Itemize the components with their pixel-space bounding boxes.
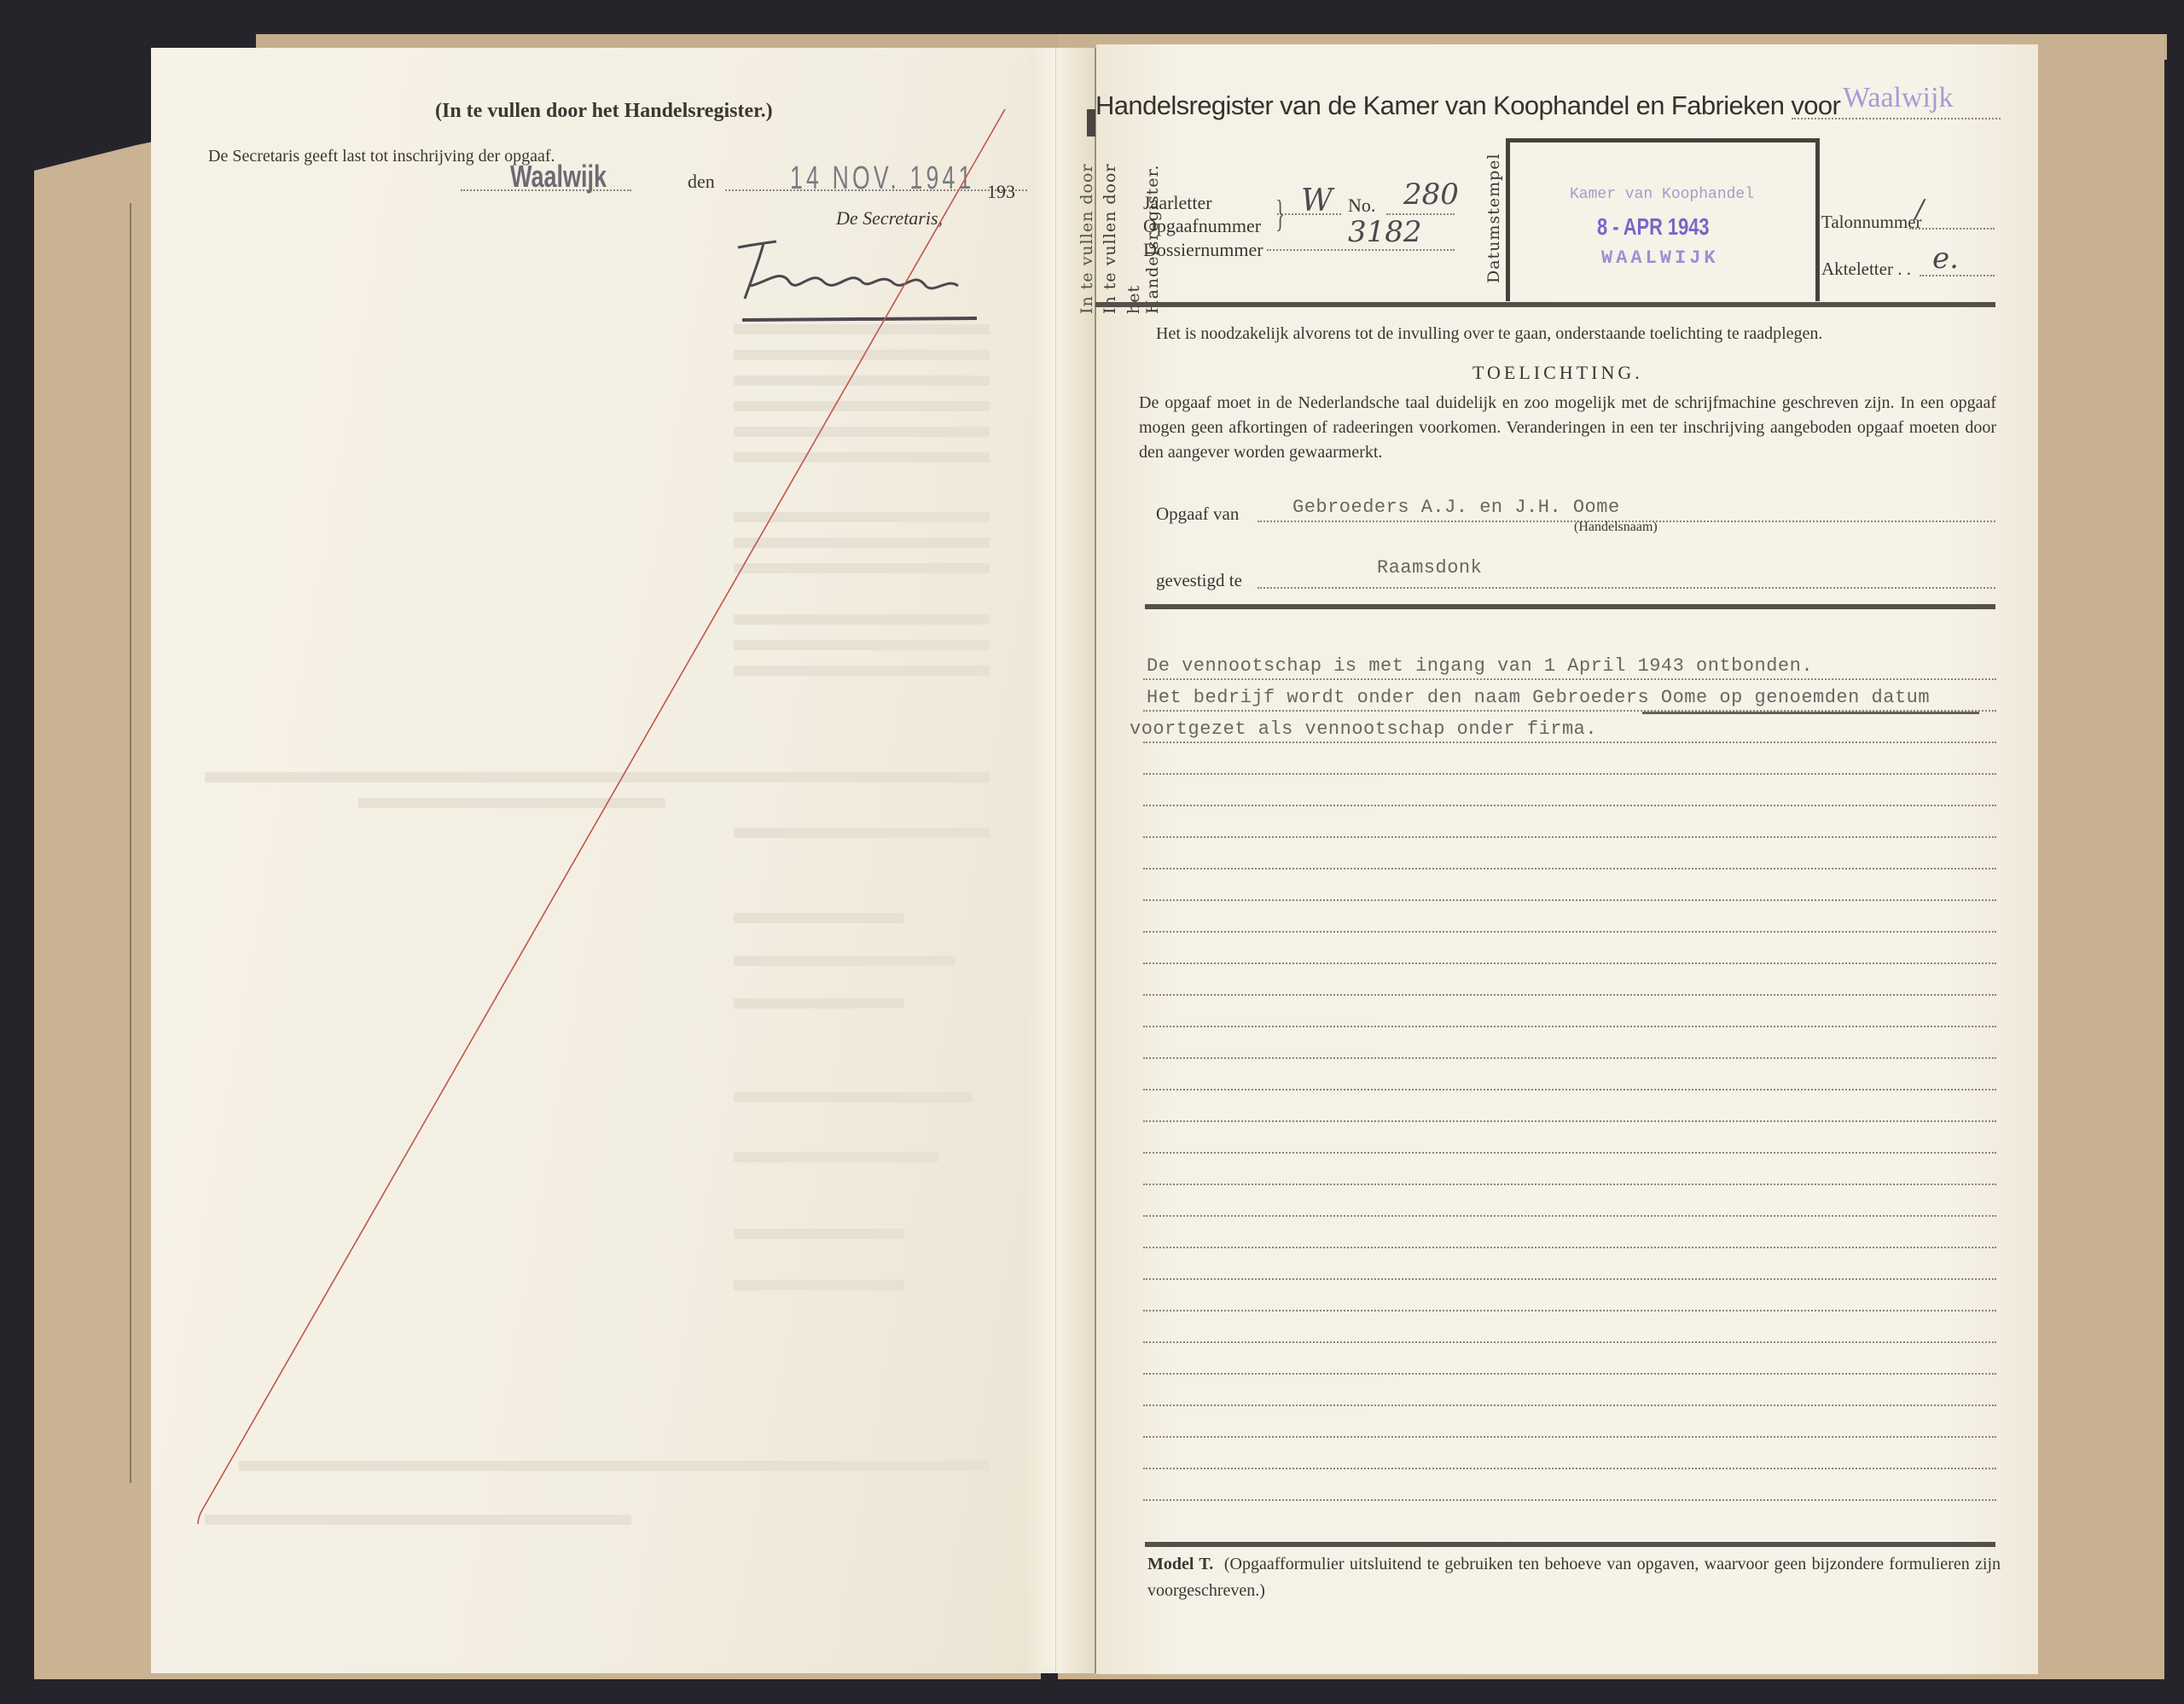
handelsnaam-caption: (Handelsnaam)	[1574, 520, 1658, 535]
talonnummer-label: Talonnummer	[1821, 212, 1922, 233]
statement-line	[1143, 1280, 1996, 1311]
opgaafnummer-label: Opgaafnummer	[1143, 215, 1261, 237]
statement-line	[1143, 838, 1996, 869]
gevestigd-field-line	[1258, 587, 1995, 589]
header-city-stamp: Waalwijk	[1843, 82, 1953, 114]
statement-line	[1143, 1311, 1996, 1343]
talonnummer-value: /	[1915, 195, 1924, 224]
statement-line	[1143, 1154, 1996, 1185]
model-footer: Model T. (Opgaafformulier uitsluitend te…	[1147, 1551, 2001, 1604]
date-stamp: 14 NOV. 1941	[790, 160, 975, 197]
statement-line	[1143, 1185, 1996, 1217]
den-label: den	[688, 171, 715, 193]
spine-fold	[1055, 48, 1056, 1673]
statement-line	[1143, 996, 1996, 1027]
statement-line	[1143, 1122, 1996, 1154]
side-label-line1: In te vullen door	[1101, 135, 1119, 314]
opgaafnummer-value: 280	[1403, 177, 1459, 212]
statement-line	[1143, 1027, 1996, 1059]
toelichting-title: TOELICHTING.	[1472, 362, 1643, 384]
dossiernummer-value: 3182	[1348, 215, 1422, 249]
statement-line	[1143, 964, 1996, 996]
footer-divider	[1145, 1542, 1995, 1547]
statement-line	[1143, 743, 1996, 775]
header-city-line	[1792, 118, 2001, 119]
secretary-instruction: De Secretaris geeft last tot inschrijvin…	[208, 147, 555, 166]
statement-line: voortgezet als vennootschap onder firma.	[1143, 712, 1996, 743]
akteletter-label: Akteletter . .	[1821, 259, 1911, 280]
side-label-outer: In te vullen door	[1077, 135, 1096, 314]
statement-line	[1143, 901, 1996, 933]
header-divider	[1095, 302, 1995, 307]
statement-line	[1143, 1090, 1996, 1122]
model-description: (Opgaafformulier uitsluitend te gebruike…	[1147, 1555, 2001, 1600]
statement-line	[1143, 1375, 1996, 1406]
stamp-city: WAALWIJK	[1601, 247, 1719, 269]
register-header-title: Handelsregister van de Kamer van Koophan…	[1095, 90, 1840, 121]
gevestigd-label: gevestigd te	[1156, 570, 1242, 591]
statement-line: Het bedrijf wordt onder den naam Gebroed…	[1143, 680, 1996, 712]
statement-line: De vennootschap is met ingang van 1 Apri…	[1143, 648, 1996, 680]
statement-line	[1143, 933, 1996, 964]
statement-line	[1143, 1469, 1996, 1501]
statement-line	[1143, 869, 1996, 901]
dossiernummer-field-line	[1267, 249, 1455, 251]
jaarletter-label: Jaarletter	[1143, 192, 1212, 214]
gevestigd-value: Raamsdonk	[1377, 557, 1482, 579]
toelichting-body: De opgaaf moet in de Nederlandsche taal …	[1139, 391, 1996, 465]
no-label: No.	[1348, 195, 1375, 217]
statement-line	[1143, 1343, 1996, 1375]
instruction-notice: Het is noodzakelijk alvorens tot de invu…	[1156, 324, 1822, 344]
stamp-date: 8 - APR 1943	[1597, 213, 1710, 241]
secretary-label: De Secretaris,	[836, 207, 943, 230]
address-divider	[1145, 604, 1995, 609]
statement-lines: De vennootschap is met ingang van 1 Apri…	[1143, 648, 1996, 1501]
header-marker	[1087, 109, 1095, 137]
dossiernummer-label: Dossiernummer	[1143, 239, 1263, 261]
secretary-signature	[729, 235, 985, 329]
jaarletter-value: W	[1301, 183, 1333, 218]
statement-line	[1143, 806, 1996, 838]
datumstempel-label: Datumstempel	[1484, 147, 1503, 283]
opgaaf-van-label: Opgaaf van	[1156, 503, 1239, 525]
closing-underline	[1642, 712, 1979, 714]
statement-line	[1143, 1406, 1996, 1438]
statement-line	[1143, 1248, 1996, 1280]
model-label: Model T.	[1147, 1555, 1213, 1573]
opgaaf-van-value: Gebroeders A.J. en J.H. Oome	[1292, 497, 1620, 518]
akteletter-value: e.	[1932, 241, 1959, 276]
talonnummer-field-line	[1909, 228, 1995, 230]
statement-line	[1143, 1059, 1996, 1090]
left-page-title: (In te vullen door het Handelsregister.)	[435, 100, 773, 123]
year-prefix: 193	[987, 181, 1015, 203]
statement-line	[1143, 1438, 1996, 1469]
statement-line	[1143, 775, 1996, 806]
statement-line	[1143, 1217, 1996, 1248]
stamp-chamber-name: Kamer van Koophandel	[1570, 186, 1754, 203]
place-stamp: Waalwijk	[510, 159, 607, 195]
